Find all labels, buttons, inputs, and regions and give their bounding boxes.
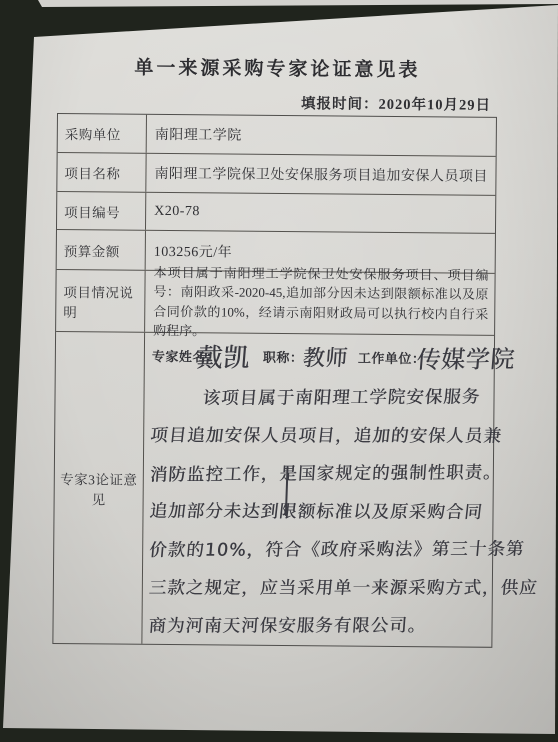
project-info-label: 项目情况说明 <box>56 270 145 332</box>
opinion-line: 该项目属于南阳理工学院安保服务 <box>143 379 496 419</box>
project-info-text: 本项目属于南阳理工学院保卫处安保服务项目、项目编号：南阳政采-2020-45,追… <box>153 262 489 343</box>
table-row-expert-opinion: 专家3论证意见 专家姓名： 戴凯 职称： 教师 工作单位： 传媒学院 该项目属于… <box>53 331 494 647</box>
opinion-line: 项目追加安保人员项目，追加的安保人员兼 <box>142 418 495 457</box>
document-content: 单一来源采购专家论证意见表 填报时间：2020年10月29日 采购单位 南阳理工… <box>0 0 558 742</box>
project-number-value: X20-78 <box>145 193 495 233</box>
expert-opinion-label: 专家3论证意见 <box>53 332 144 644</box>
purchase-unit-label: 采购单位 <box>58 114 146 153</box>
budget-label: 预算金额 <box>57 230 145 270</box>
handwritten-opinion: 该项目属于南阳理工学院安保服务 项目追加安保人员项目，追加的安保人员兼 消防监控… <box>142 379 493 648</box>
fill-date-value: 2020年10月29日 <box>379 97 492 114</box>
page-title: 单一来源采购专家论证意见表 <box>57 52 497 83</box>
table-row-project-name: 项目名称 南阳理工学院保卫处安保服务项目追加安保人员项目 <box>57 152 495 195</box>
opinion-line: 商为河南天河保安服务有限公司。 <box>141 608 493 647</box>
table-row-project-info: 项目情况说明 本项目属于南阳理工学院保卫处安保服务项目、项目编号：南阳政采-20… <box>56 269 495 335</box>
table-row-project-number: 项目编号 X20-78 <box>57 191 495 233</box>
expert-title-label: 职称： <box>263 347 304 366</box>
opinion-form-table: 采购单位 南阳理工学院 项目名称 南阳理工学院保卫处安保服务项目追加安保人员项目… <box>52 113 497 648</box>
table-row-purchase-unit: 采购单位 南阳理工学院 <box>58 114 496 156</box>
expert-name-handwritten: 戴凯 <box>195 337 251 374</box>
expert-header-line: 专家姓名： 戴凯 职称： 教师 工作单位： 传媒学院 <box>145 337 494 380</box>
opinion-line: 追加部分未达到限额标准以及原采购合同 <box>141 494 494 533</box>
project-name-value: 南阳理工学院保卫处安保服务项目追加安保人员项目 <box>145 154 495 195</box>
fill-date-line: 填报时间：2020年10月29日 <box>57 90 491 115</box>
opinion-line: 价款的10%，符合《政府采购法》第三十条第 <box>141 532 494 571</box>
expert-title-handwritten: 教师 <box>302 341 350 372</box>
fill-date-label: 填报时间： <box>301 96 379 113</box>
opinion-line: 消防监控工作，是国家规定的强制性职责。 <box>142 455 494 495</box>
project-number-label: 项目编号 <box>57 192 145 230</box>
project-info-value: 本项目属于南阳理工学院保卫处安保服务项目、项目编号：南阳政采-2020-45,追… <box>144 271 495 335</box>
opinion-line: 三款之规定，应当采用单一来源采购方式，供应 <box>141 570 494 608</box>
expert-workunit-handwritten: 传媒学院 <box>415 339 516 375</box>
project-name-label: 项目名称 <box>57 153 145 192</box>
purchase-unit-value: 南阳理工学院 <box>146 115 496 156</box>
expert-opinion-cell: 专家姓名： 戴凯 职称： 教师 工作单位： 传媒学院 该项目属于南阳理工学院安保… <box>141 333 494 647</box>
